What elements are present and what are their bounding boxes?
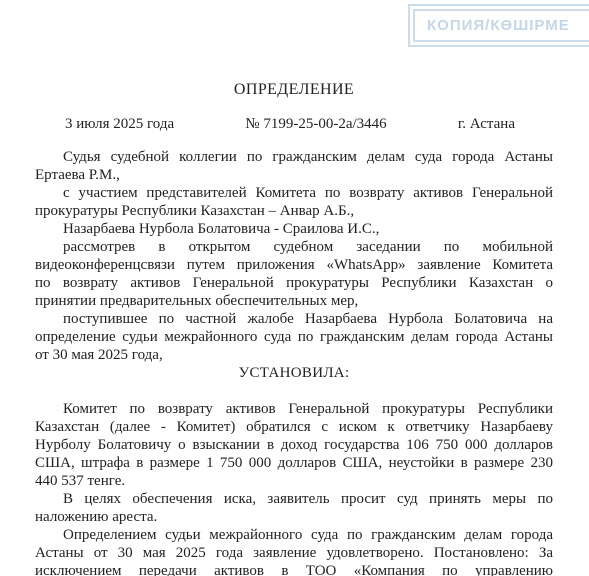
paragraph: Определением судьи межрайонного суда по … [35, 526, 553, 576]
text-line: Определением судьи межрайонного суда по … [35, 526, 553, 544]
paragraph: рассмотрев в открытом судебном заседании… [35, 238, 553, 310]
paragraph: Комитет по возврату активов Генеральной … [35, 400, 553, 490]
document-page: КОПИЯ/КӨШІРМЕ ОПРЕДЕЛЕНИЕ 3 июля 2025 го… [0, 0, 589, 576]
document-content: ОПРЕДЕЛЕНИЕ 3 июля 2025 года № 7199-25-0… [35, 0, 553, 576]
text-line: Назарбаева Нурбола Болатовича - Сраилова… [35, 220, 553, 238]
paragraph: поступившее по частной жалобе Назарбаева… [35, 310, 553, 364]
paragraph: с участием представителей Комитета по во… [35, 184, 553, 220]
date-row: 3 июля 2025 года № 7199-25-00-2а/3446 г.… [35, 115, 553, 134]
paragraph: Назарбаева Нурбола Болатовича - Сраилова… [35, 220, 553, 238]
text-line: Казахстан (далее - Комитет) обратился с … [35, 418, 553, 436]
paragraph: Судья судебной коллегии по гражданским д… [35, 148, 553, 184]
text-line: прокуратуры Республики Казахстан – Анвар… [35, 202, 553, 220]
text-line: принятии предварительных обеспечительных… [35, 292, 553, 310]
text-line: определение судьи межрайонного суда по г… [35, 328, 553, 346]
text-line: Нурболу Болатовичу о взыскании в доход г… [35, 436, 553, 454]
case-number: № 7199-25-00-2а/3446 [245, 115, 386, 134]
text-line: с участием представителей Комитета по во… [35, 184, 553, 202]
document-body: Судья судебной коллегии по гражданским д… [35, 148, 553, 576]
text-line: от 30 мая 2025 года, [35, 346, 553, 364]
text-line: исключением передачи активов в ТОО «Комп… [35, 562, 553, 576]
text-line: Комитет по возврату активов Генеральной … [35, 400, 553, 418]
text-line: видеоконференцсвязи путем приложения «Wh… [35, 256, 553, 274]
paragraph: В целях обеспечения иска, заявитель прос… [35, 490, 553, 526]
text-line: В целях обеспечения иска, заявитель прос… [35, 490, 553, 508]
document-date: 3 июля 2025 года [65, 115, 174, 134]
text-line: рассмотрев в открытом судебном заседании… [35, 238, 553, 256]
text-line: Астаны от 30 мая 2025 года заявление удо… [35, 544, 553, 562]
text-line: США, штрафа в размере 1 750 000 долларов… [35, 454, 553, 472]
document-title: ОПРЕДЕЛЕНИЕ [35, 80, 553, 99]
text-line: поступившее по частной жалобе Назарбаева… [35, 310, 553, 328]
document-city: г. Астана [458, 115, 515, 134]
text-line: по возврату активов Генеральной прокурат… [35, 274, 553, 292]
section-heading: УСТАНОВИЛА: [35, 364, 553, 382]
text-line: 440 537 тенге. [35, 472, 553, 490]
text-line: Судья судебной коллегии по гражданским д… [35, 148, 553, 166]
text-line: Ертаева Р.М., [35, 166, 553, 184]
text-line: наложению ареста. [35, 508, 553, 526]
